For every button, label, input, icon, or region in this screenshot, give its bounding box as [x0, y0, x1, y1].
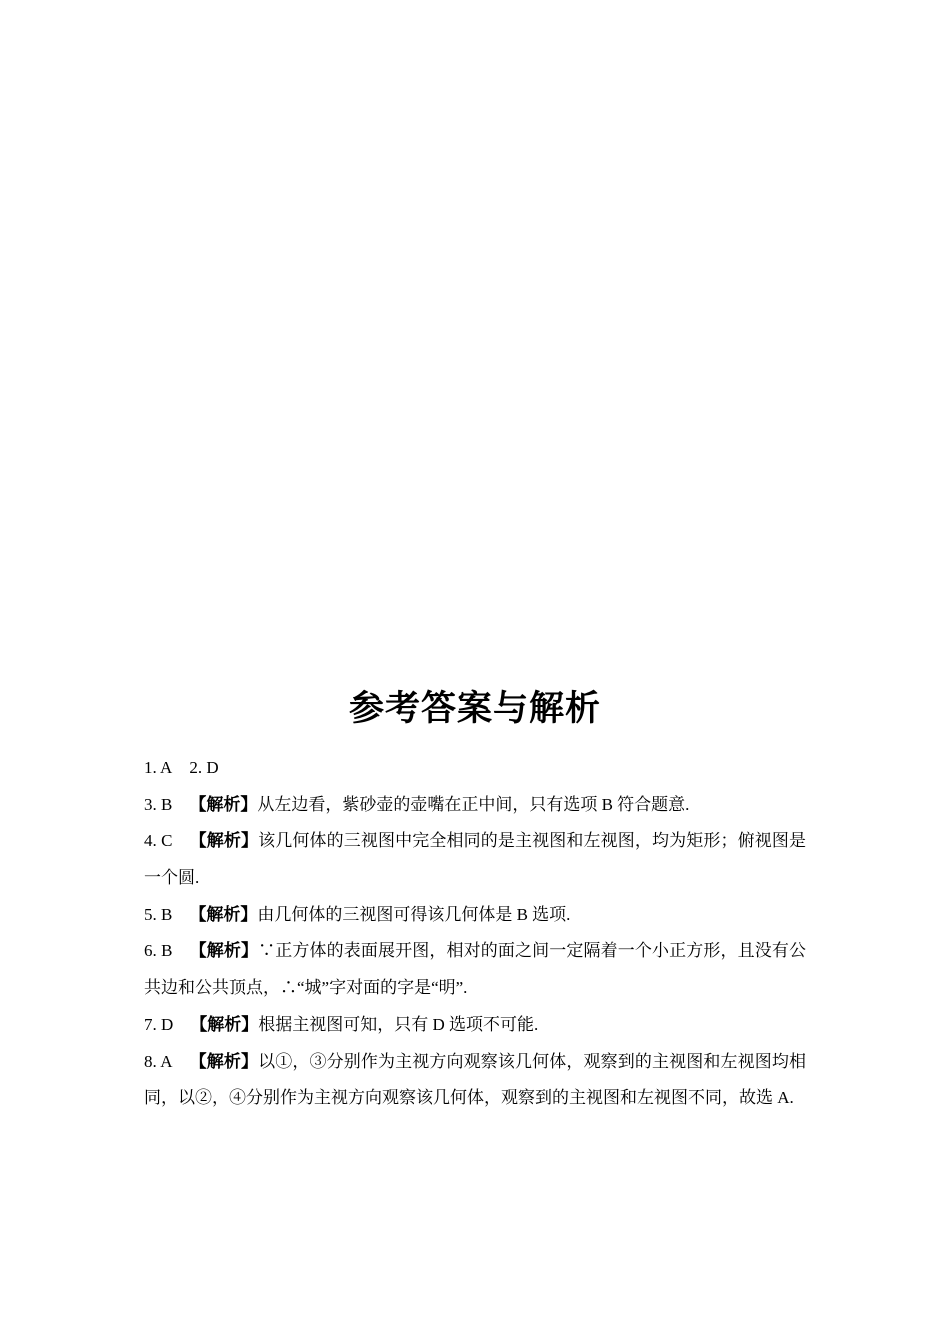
- analysis-text: 共边和公共顶点，∴“城”字对面的字是“明”.: [144, 978, 467, 997]
- answer-paragraph: 7. D 【解析】根据主视图可知，只有 D 选项不可能.: [144, 1007, 806, 1044]
- analysis-label: 【解析】: [189, 831, 258, 850]
- answer-paragraph: 6. B 【解析】∵正方体的表面展开图，相对的面之间一定隔着一个小正方形，且没有…: [144, 933, 806, 1006]
- item-answer: 8. A: [144, 1052, 189, 1071]
- answer-paragraph: 5. B 【解析】由几何体的三视图可得该几何体是 B 选项.: [144, 897, 806, 934]
- analysis-text: 一个圆.: [144, 868, 199, 887]
- answer-line: 同，以②，④分别作为主视方向观察该几何体，观察到的主视图和左视图不同，故选 A.: [144, 1080, 806, 1117]
- analysis-text: 同，以②，④分别作为主视方向观察该几何体，观察到的主视图和左视图不同，故选 A.: [144, 1088, 794, 1107]
- analysis-text: 从左边看，紫砂壶的壶嘴在正中间，只有选项 B 符合题意.: [257, 795, 689, 814]
- analysis-text: 根据主视图可知，只有 D 选项不可能.: [258, 1015, 538, 1034]
- item-answer: 7. D: [144, 1015, 190, 1034]
- answer-line: 6. B 【解析】∵正方体的表面展开图，相对的面之间一定隔着一个小正方形，且没有…: [144, 933, 806, 970]
- analysis-label: 【解析】: [189, 1052, 258, 1071]
- analysis-text: 以①，③分别作为主视方向观察该几何体，观察到的主视图和左视图均相: [258, 1052, 806, 1071]
- answer-line: 5. B 【解析】由几何体的三视图可得该几何体是 B 选项.: [144, 897, 806, 934]
- answer-paragraph: 8. A 【解析】以①，③分别作为主视方向观察该几何体，观察到的主视图和左视图均…: [144, 1044, 806, 1117]
- analysis-label: 【解析】: [190, 1015, 258, 1034]
- page-title: 参考答案与解析: [144, 688, 806, 730]
- analysis-text: 该几何体的三视图中完全相同的是主视图和左视图，均为矩形；俯视图是: [258, 831, 806, 850]
- item-answer: 3. B: [144, 795, 189, 814]
- answer-paragraph: 4. C 【解析】该几何体的三视图中完全相同的是主视图和左视图，均为矩形；俯视图…: [144, 823, 806, 896]
- item-answer: 1. A 2. D: [144, 758, 219, 777]
- answer-line: 4. C 【解析】该几何体的三视图中完全相同的是主视图和左视图，均为矩形；俯视图…: [144, 823, 806, 860]
- analysis-text: ∵正方体的表面展开图，相对的面之间一定隔着一个小正方形，且没有公: [258, 941, 806, 960]
- answer-line: 3. B 【解析】从左边看，紫砂壶的壶嘴在正中间，只有选项 B 符合题意.: [144, 787, 806, 824]
- analysis-label: 【解析】: [189, 795, 257, 814]
- answer-line: 一个圆.: [144, 860, 806, 897]
- answers-body: 1. A 2. D3. B 【解析】从左边看，紫砂壶的壶嘴在正中间，只有选项 B…: [144, 750, 806, 1117]
- answer-line: 8. A 【解析】以①，③分别作为主视方向观察该几何体，观察到的主视图和左视图均…: [144, 1044, 806, 1081]
- item-answer: 5. B: [144, 905, 189, 924]
- item-answer: 6. B: [144, 941, 189, 960]
- analysis-text: 由几何体的三视图可得该几何体是 B 选项.: [257, 905, 570, 924]
- document-page: 参考答案与解析 1. A 2. D3. B 【解析】从左边看，紫砂壶的壶嘴在正中…: [0, 0, 950, 1344]
- answer-line: 7. D 【解析】根据主视图可知，只有 D 选项不可能.: [144, 1007, 806, 1044]
- item-answer: 4. C: [144, 831, 189, 850]
- answer-paragraph: 1. A 2. D: [144, 750, 806, 787]
- analysis-label: 【解析】: [189, 941, 258, 960]
- answer-line: 共边和公共顶点，∴“城”字对面的字是“明”.: [144, 970, 806, 1007]
- answer-paragraph: 3. B 【解析】从左边看，紫砂壶的壶嘴在正中间，只有选项 B 符合题意.: [144, 787, 806, 824]
- answer-line: 1. A 2. D: [144, 750, 806, 787]
- analysis-label: 【解析】: [189, 905, 257, 924]
